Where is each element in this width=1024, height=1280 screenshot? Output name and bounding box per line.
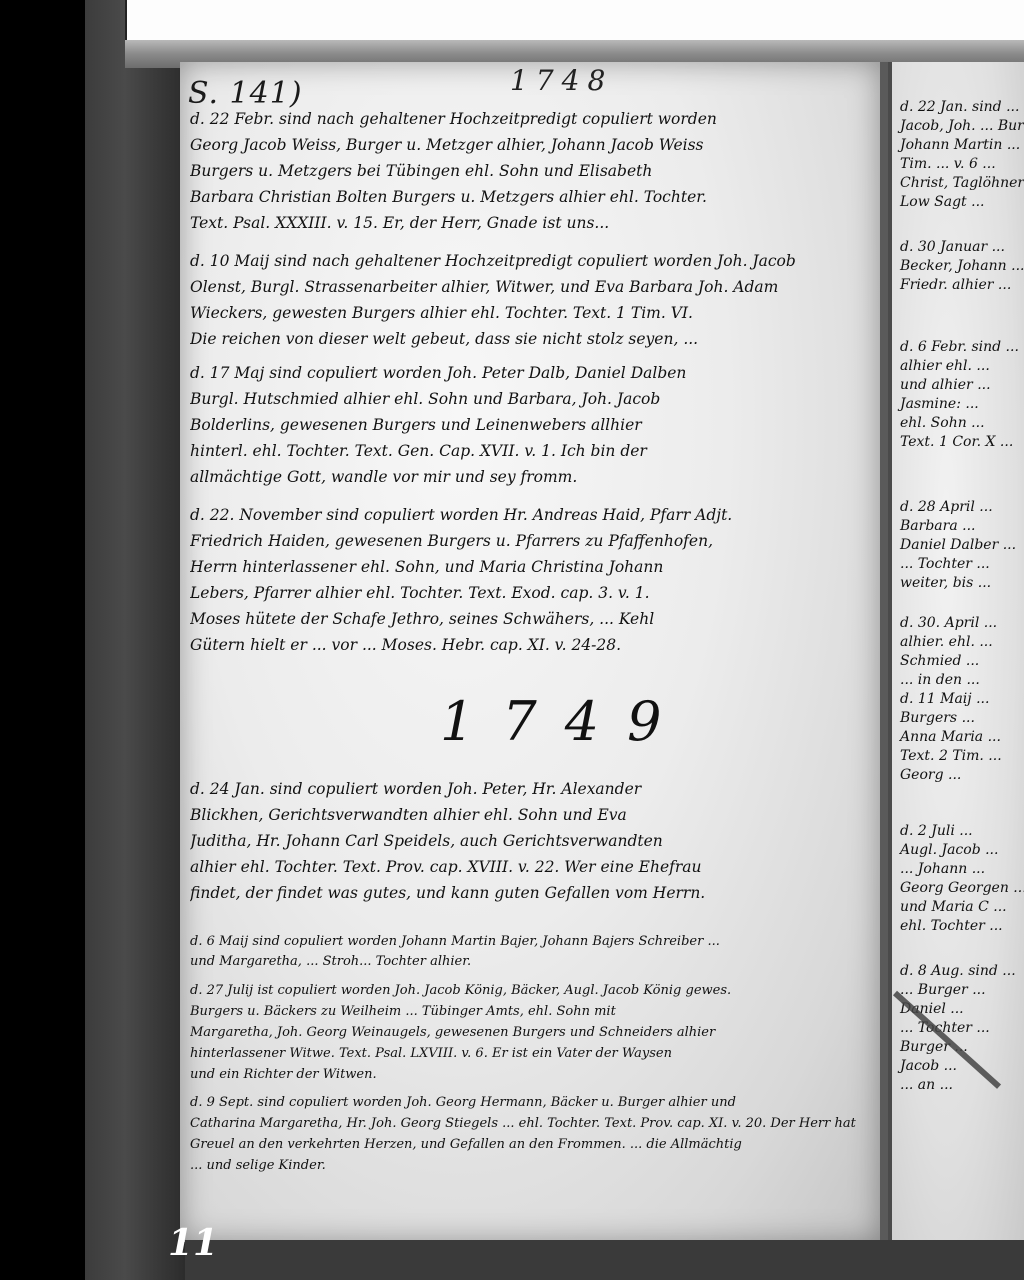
entry-line: Blickhen, Gerichtsverwandten alhier ehl.… bbox=[190, 802, 860, 828]
right-line: d. 28 April ... bbox=[900, 498, 1024, 517]
entry-line: und ein Richter der Witwen. bbox=[190, 1064, 860, 1085]
entry-line: Gütern hielt er ... vor ... Moses. Hebr.… bbox=[190, 632, 860, 658]
right-line: Text. 1 Cor. X ... bbox=[900, 433, 1024, 452]
entry-24-jan: d. 24 Jan. sind copuliert worden Joh. Pe… bbox=[190, 776, 860, 906]
right-line: ... an ... bbox=[900, 1076, 1024, 1095]
right-line: weiter, bis ... bbox=[900, 574, 1024, 593]
corner-page-number: 11 bbox=[168, 1222, 218, 1264]
entry-line: Burgers u. Metzgers bei Tübingen ehl. So… bbox=[190, 158, 860, 184]
right-line: und alhier ... bbox=[900, 376, 1024, 395]
right-line: ... Johann ... bbox=[900, 860, 1024, 879]
entry-line: d. 17 Maj sind copuliert worden Joh. Pet… bbox=[190, 360, 860, 386]
right-line: Augl. Jacob ... bbox=[900, 841, 1024, 860]
entry-10-may: d. 10 Maij sind nach gehaltener Hochzeit… bbox=[190, 248, 860, 352]
right-page-lines: d. 30. April ... alhier. ehl. ... Schmie… bbox=[900, 614, 1024, 785]
right-line: Johann Martin ... bbox=[900, 136, 1024, 155]
entry-22-feb: d. 22 Febr. sind nach gehaltener Hochzei… bbox=[190, 106, 860, 236]
right-line: Georg ... bbox=[900, 766, 1024, 785]
right-line: Jacob, Joh. ... Burger ... bbox=[900, 117, 1024, 136]
right-line: d. 11 Maij ... bbox=[900, 690, 1024, 709]
entry-line: Margaretha, Joh. Georg Weinaugels, gewes… bbox=[190, 1022, 860, 1043]
book-binding bbox=[85, 0, 185, 1280]
right-line: Jasmine: ... bbox=[900, 395, 1024, 414]
entry-line: hinterlassener Witwe. Text. Psal. LXVIII… bbox=[190, 1043, 860, 1064]
entry-line: d. 6 Maij sind copuliert worden Johann M… bbox=[190, 932, 860, 952]
right-page-lines: d. 22 Jan. sind ... Jacob, Joh. ... Burg… bbox=[900, 98, 1024, 212]
entry-line: d. 24 Jan. sind copuliert worden Joh. Pe… bbox=[190, 776, 860, 802]
entry-6-may: d. 6 Maij sind copuliert worden Johann M… bbox=[190, 932, 860, 972]
right-line: Jacob ... bbox=[900, 1057, 1024, 1076]
section-year-text: 1749 bbox=[440, 690, 689, 753]
entry-line: Bolderlins, gewesenen Burgers und Leinen… bbox=[190, 412, 860, 438]
entry-22-november: d. 22. November sind copuliert worden Hr… bbox=[190, 502, 860, 658]
entry-line: Catharina Margaretha, Hr. Joh. Georg Sti… bbox=[190, 1113, 860, 1134]
entry-line: Burgers u. Bäckers zu Weilheim ... Tübin… bbox=[190, 1001, 860, 1022]
right-line: d. 8 Aug. sind ... bbox=[900, 962, 1024, 981]
right-line: ... Tochter ... bbox=[900, 1019, 1024, 1038]
entry-line: Herrn hinterlassener ehl. Sohn, und Mari… bbox=[190, 554, 860, 580]
right-line: Tim. ... v. 6 ... bbox=[900, 155, 1024, 174]
entry-line: d. 22. November sind copuliert worden Hr… bbox=[190, 502, 860, 528]
section-year-heading: 1749 bbox=[440, 690, 689, 753]
right-line: Schmied ... bbox=[900, 652, 1024, 671]
entry-line: Juditha, Hr. Johann Carl Speidels, auch … bbox=[190, 828, 860, 854]
right-line: ... Burger ... bbox=[900, 981, 1024, 1000]
entry-line: Olenst, Burgl. Strassenarbeiter alhier, … bbox=[190, 274, 860, 300]
right-page-lines: d. 30 Januar ... Becker, Johann ... Frie… bbox=[900, 238, 1024, 295]
right-line: Text. 2 Tim. ... bbox=[900, 747, 1024, 766]
right-line: ... in den ... bbox=[900, 671, 1024, 690]
right-page-lines: d. 6 Febr. sind ... alhier ehl. ... und … bbox=[900, 338, 1024, 452]
scan-border-left bbox=[0, 0, 85, 1280]
entry-line: Die reichen von dieser welt gebeut, dass… bbox=[190, 326, 860, 352]
right-line: Becker, Johann ... bbox=[900, 257, 1024, 276]
right-line: ... Tochter ... bbox=[900, 555, 1024, 574]
entry-17-may: d. 17 Maj sind copuliert worden Joh. Pet… bbox=[190, 360, 860, 490]
right-line: d. 22 Jan. sind ... bbox=[900, 98, 1024, 117]
entry-line: d. 9 Sept. sind copuliert worden Joh. Ge… bbox=[190, 1092, 860, 1113]
entry-line: d. 22 Febr. sind nach gehaltener Hochzei… bbox=[190, 106, 860, 132]
entry-line: Lebers, Pfarrer alhier ehl. Tochter. Tex… bbox=[190, 580, 860, 606]
right-line: ehl. Sohn ... bbox=[900, 414, 1024, 433]
entry-line: Wieckers, gewesten Burgers alhier ehl. T… bbox=[190, 300, 860, 326]
header-year: 1748 bbox=[510, 64, 613, 97]
right-page-fragment: d. 22 Jan. sind ... Jacob, Joh. ... Burg… bbox=[888, 62, 1024, 1242]
right-line: Friedr. alhier ... bbox=[900, 276, 1024, 295]
right-line: Christ, Taglöhner ... bbox=[900, 174, 1024, 193]
entry-27-july: d. 27 Julij ist copuliert worden Joh. Ja… bbox=[190, 980, 860, 1085]
entry-line: Burgl. Hutschmied alhier ehl. Sohn und B… bbox=[190, 386, 860, 412]
right-line: Anna Maria ... bbox=[900, 728, 1024, 747]
right-line: d. 6 Febr. sind ... bbox=[900, 338, 1024, 357]
entry-line: Greuel an den verkehrten Herzen, und Gef… bbox=[190, 1134, 860, 1155]
entry-line: alhier ehl. Tochter. Text. Prov. cap. XV… bbox=[190, 854, 860, 880]
entry-line: allmächtige Gott, wandle vor mir und sey… bbox=[190, 464, 860, 490]
entry-line: Moses hütete der Schafe Jethro, seines S… bbox=[190, 606, 860, 632]
right-line: Low Sagt ... bbox=[900, 193, 1024, 212]
right-line: alhier. ehl. ... bbox=[900, 633, 1024, 652]
entry-line: d. 27 Julij ist copuliert worden Joh. Ja… bbox=[190, 980, 860, 1001]
entry-line: d. 10 Maij sind nach gehaltener Hochzeit… bbox=[190, 248, 860, 274]
right-page-lines: d. 2 Juli ... Augl. Jacob ... ... Johann… bbox=[900, 822, 1024, 936]
page-gutter bbox=[880, 62, 888, 1242]
right-line: und Maria C ... bbox=[900, 898, 1024, 917]
entry-9-sept: d. 9 Sept. sind copuliert worden Joh. Ge… bbox=[190, 1092, 860, 1176]
right-line: Georg Georgen ... bbox=[900, 879, 1024, 898]
right-line: ehl. Tochter ... bbox=[900, 917, 1024, 936]
entry-line: Georg Jacob Weiss, Burger u. Metzger alh… bbox=[190, 132, 860, 158]
right-line: d. 2 Juli ... bbox=[900, 822, 1024, 841]
right-line: Burgers ... bbox=[900, 709, 1024, 728]
right-line: d. 30 Januar ... bbox=[900, 238, 1024, 257]
entry-line: Barbara Christian Bolten Burgers u. Metz… bbox=[190, 184, 860, 210]
right-line: alhier ehl. ... bbox=[900, 357, 1024, 376]
entry-line: und Margaretha, ... Stroh... Tochter alh… bbox=[190, 952, 860, 972]
entry-line: Text. Psal. XXXIII. v. 15. Er, der Herr,… bbox=[190, 210, 860, 236]
entry-line: hinterl. ehl. Tochter. Text. Gen. Cap. X… bbox=[190, 438, 860, 464]
right-line: Barbara ... bbox=[900, 517, 1024, 536]
page-bottom-edge bbox=[185, 1240, 1024, 1280]
left-page: S. 141) 1748 d. 22 Febr. sind nach gehal… bbox=[180, 62, 883, 1242]
right-line: Daniel Dalber ... bbox=[900, 536, 1024, 555]
entry-line: Friedrich Haiden, gewesenen Burgers u. P… bbox=[190, 528, 860, 554]
right-page-lines: d. 8 Aug. sind ... ... Burger ... Daniel… bbox=[900, 962, 1024, 1095]
right-line: d. 30. April ... bbox=[900, 614, 1024, 633]
entry-line: ... und selige Kinder. bbox=[190, 1155, 860, 1176]
right-page-lines: d. 28 April ... Barbara ... Daniel Dalbe… bbox=[900, 498, 1024, 593]
entry-line: findet, der findet was gutes, und kann g… bbox=[190, 880, 860, 906]
